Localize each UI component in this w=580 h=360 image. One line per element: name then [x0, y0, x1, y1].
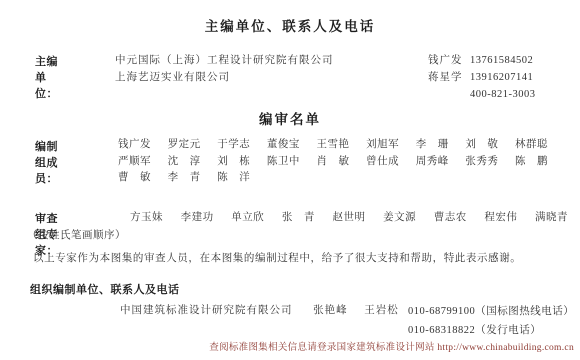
document-page: 主编单位、联系人及电话 主编单位： 中元国际（上海）工程设计研究院有限公司 上海…: [0, 0, 580, 360]
organizer-contact-name: 王岩松: [364, 302, 399, 317]
chief-units-header: 主编单位、联系人及电话: [0, 15, 580, 35]
chief-contact-list: 钱广发 13761584502 蒋星学 13916207141 400-821-…: [428, 52, 580, 103]
member-name: 张秀秀: [465, 154, 501, 171]
organizer-label: 组织编制单位、联系人及电话: [30, 281, 180, 297]
members-name-grid: 钱广发 罗定元 于学志 董俊宝 王雪艳 刘旭军 李 珊 刘 敬 林群聪 严顺军 …: [118, 137, 558, 187]
expert-name: 程宏伟: [484, 209, 520, 224]
chief-company-list: 中元国际（上海）工程设计研究院有限公司 上海艺迈实业有限公司: [115, 52, 415, 86]
chief-contact-row: 蒋星学 13916207141: [428, 69, 580, 86]
member-name: 曾仕成: [366, 154, 402, 171]
member-name: 肖 敏: [317, 154, 353, 171]
members-row-2: 严顺军 沈 淳 刘 栋 陈卫中 肖 敏 曾仕成 周秀峰 张秀秀 陈 鹏: [118, 154, 558, 171]
member-name: 王雪艳: [317, 137, 353, 154]
member-name: 陈 鹏: [515, 154, 551, 171]
chief-company-1: 中元国际（上海）工程设计研究院有限公司: [115, 52, 415, 69]
acknowledgement-text: 以上专家作为本图集的审查人员，在本图集的编制过程中，给予了很大支持和帮助，特此表…: [33, 250, 560, 265]
expert-name: 单立欣: [231, 209, 267, 224]
member-name: 陈卫中: [267, 154, 303, 171]
member-name: 李 珊: [416, 137, 452, 154]
member-name: 沈 淳: [168, 154, 204, 171]
expert-name: 姜文源: [383, 209, 419, 224]
member-name: 于学志: [217, 137, 253, 154]
contact-name-empty: [428, 86, 470, 103]
expert-name: 李建功: [181, 209, 217, 224]
member-name: 陈 洋: [217, 170, 253, 187]
contact-name: 钱广发: [428, 52, 470, 69]
surname-order-note: （按姓氏笔画顺序）: [27, 227, 126, 242]
member-name: 曹 敏: [118, 170, 154, 187]
organizer-company: 中国建筑标准设计研究院有限公司: [120, 302, 293, 317]
member-name: 刘 敬: [465, 137, 501, 154]
chief-company-2: 上海艺迈实业有限公司: [115, 69, 415, 86]
chief-contact-row: 钱广发 13761584502: [428, 52, 580, 69]
organizer-phone-distribution: 010-68318822（发行电话）: [408, 321, 574, 340]
member-name: 严顺军: [118, 154, 154, 171]
chief-contact-row: 400-821-3003: [428, 86, 580, 103]
members-row-3: 曹 敏 李 青 陈 洋: [118, 170, 558, 187]
expert-name: 赵世明: [333, 209, 369, 224]
contact-phone: 400-821-3003: [470, 86, 536, 103]
organizer-contact-name: 张艳峰: [313, 302, 348, 317]
expert-name: 张 青: [282, 209, 318, 224]
members-row-1: 钱广发 罗定元 于学志 董俊宝 王雪艳 刘旭军 李 珊 刘 敬 林群聪: [118, 137, 558, 154]
organizer-phone-list: 010-68799100（国标图热线电话） 010-68318822（发行电话）: [408, 302, 574, 340]
member-name: 刘 栋: [217, 154, 253, 171]
member-name: 刘旭军: [366, 137, 402, 154]
member-name: 罗定元: [168, 137, 204, 154]
organizer-row: 中国建筑标准设计研究院有限公司 张艳峰 王岩松: [120, 302, 413, 317]
member-name: 周秀峰: [416, 154, 452, 171]
members-label: 编制组成员：: [35, 138, 58, 186]
expert-name: 满晓青: [535, 209, 571, 224]
experts-name-row: 方玉妹 李建功 单立欣 张 青 赵世明 姜文源 曹志农 程宏伟 满晓青: [130, 209, 570, 224]
chief-units-label: 主编单位：: [35, 53, 58, 101]
member-name: 林群聪: [515, 137, 551, 154]
contact-phone: 13761584502: [470, 52, 533, 69]
expert-name: 方玉妹: [130, 209, 166, 224]
organizer-phone-hotline: 010-68799100（国标图热线电话）: [408, 302, 574, 321]
member-name: 董俊宝: [267, 137, 303, 154]
roster-header: 编审名单: [0, 108, 580, 128]
member-name: 李 青: [168, 170, 204, 187]
expert-name: 曹志农: [434, 209, 470, 224]
contact-phone: 13916207141: [470, 69, 533, 86]
member-name: 钱广发: [118, 137, 154, 154]
contact-name: 蒋星学: [428, 69, 470, 86]
footer-note: 查阅标准图集相关信息请登录国家建筑标准设计网站 http://www.china…: [209, 339, 574, 353]
